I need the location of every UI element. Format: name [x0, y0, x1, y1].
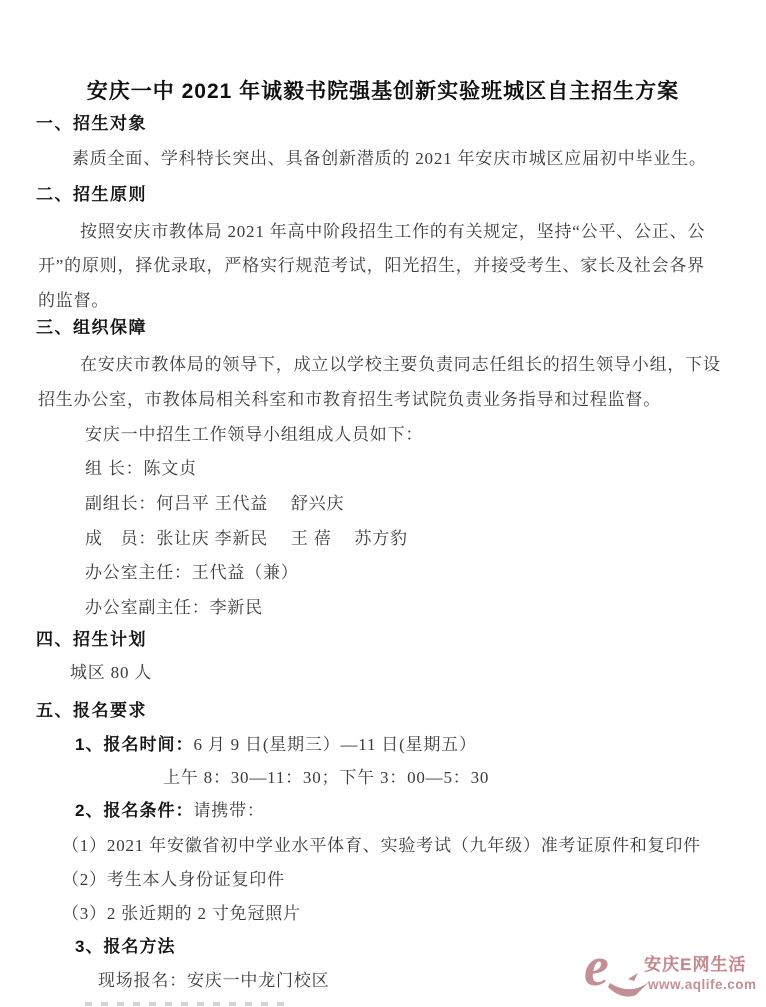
- section-heading-4: 四、招生计划: [36, 628, 147, 651]
- item-text: 6 月 9 日(星期三）—11 日(星期五）: [193, 735, 476, 754]
- paragraph: 开”的原则，择优录取，严格实行规范考试，阳光招生，并接受考生、家长及社会各界: [38, 254, 705, 277]
- leading-group-intro: 安庆一中招生工作领导小组组成人员如下：: [85, 423, 423, 446]
- registration-hours: 上午 8：30—11：30；下午 3：00—5：30: [163, 766, 489, 789]
- paragraph: 素质全面、学科特长突出、具备创新潜质的 2021 年安庆市城区应届初中毕业生。: [72, 147, 707, 170]
- item-registration-method: 3、报名方法: [75, 935, 175, 958]
- watermark-site-name: 安庆E网生活: [644, 950, 746, 975]
- item-text: 请携带：: [193, 801, 264, 820]
- requirement-2: （2）考生本人身份证复印件: [62, 868, 285, 891]
- section-heading-2: 二、招生原则: [36, 183, 147, 206]
- e-swoosh-icon: e: [584, 939, 650, 1007]
- item-label: 3、报名方法: [75, 937, 175, 956]
- item-label: 2、报名条件：: [75, 801, 193, 820]
- quota-line: 城区 80 人: [70, 661, 152, 684]
- item-registration-time: 1、报名时间：6 月 9 日(星期三）—11 日(星期五）: [75, 733, 477, 756]
- section-heading-1: 一、招生对象: [36, 112, 147, 135]
- site-watermark: e 安庆E网生活 www.aqlife.com: [584, 939, 766, 1005]
- watermark-site-url: www.aqlife.com: [648, 977, 757, 992]
- onsite-registration-line: 现场报名：安庆一中龙门校区: [98, 969, 329, 992]
- svg-text:e: e: [584, 939, 609, 998]
- paragraph: 招生办公室，市教体局相关科室和市教育招生考试院负责业务指导和过程监督。: [38, 388, 661, 411]
- role-line-members: 成 员：张让庆 李新民 王 蓓 苏方豹: [85, 527, 408, 550]
- item-registration-conditions: 2、报名条件：请携带：: [75, 799, 265, 822]
- requirement-3: （3）2 张近期的 2 寸免冠照片: [62, 902, 301, 925]
- paragraph: 在安庆市教体局的领导下，成立以学校主要负责同志任组长的招生领导小组，下设: [80, 353, 721, 376]
- role-line-deputy-leaders: 副组长：何吕平 王代益 舒兴庆: [85, 492, 344, 515]
- truncated-next-line: [85, 1002, 293, 1006]
- role-line-office-director: 办公室主任：王代益（兼）: [85, 561, 299, 584]
- role-line-leader: 组 长：陈文贞: [85, 457, 197, 480]
- document-page: 安庆一中 2021 年诚毅书院强基创新实验班城区自主招生方案 一、招生对象 素质…: [0, 0, 766, 1007]
- section-heading-5: 五、报名要求: [36, 699, 147, 722]
- section-heading-3: 三、组织保障: [36, 316, 147, 339]
- paragraph: 按照安庆市教体局 2021 年高中阶段招生工作的有关规定，坚持“公平、公正、公: [80, 220, 705, 243]
- page-title: 安庆一中 2021 年诚毅书院强基创新实验班城区自主招生方案: [0, 80, 766, 103]
- item-label: 1、报名时间：: [75, 735, 193, 754]
- paragraph: 的监督。: [38, 289, 109, 312]
- requirement-1: （1）2021 年安徽省初中学业水平体育、实验考试（九年级）准考证原件和复印件: [62, 834, 701, 857]
- role-line-office-deputy: 办公室副主任：李新民: [85, 596, 263, 619]
